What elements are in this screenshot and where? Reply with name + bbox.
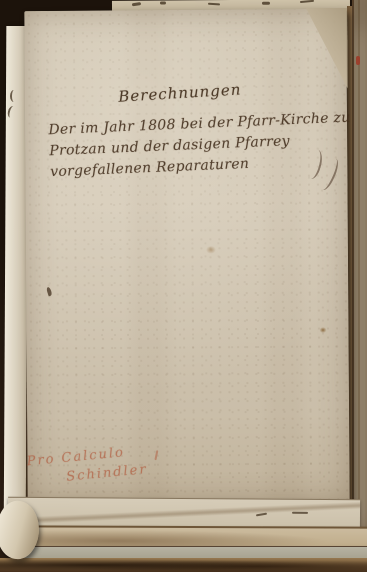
foxing-spot bbox=[206, 246, 216, 254]
illegible-ink-mark bbox=[10, 90, 18, 102]
cover-page: Berechnungen Der im Jahr 1808 bei der Pf… bbox=[24, 9, 349, 505]
red-ink-stroke bbox=[154, 450, 158, 460]
stacked-pages-right-edge bbox=[352, 0, 367, 572]
illegible-ink-mark bbox=[262, 2, 270, 5]
illegible-ink-mark bbox=[6, 105, 17, 119]
illegible-ink-mark bbox=[132, 2, 141, 6]
ink-fleck bbox=[46, 287, 53, 297]
manuscript-title: Berechnungen bbox=[75, 78, 286, 108]
foxing-spot bbox=[319, 327, 326, 333]
manuscript-photo: Berechnungen Der im Jahr 1808 bei der Pf… bbox=[0, 0, 367, 572]
illegible-ink-mark bbox=[292, 512, 308, 514]
bottom-binding-edge bbox=[0, 558, 367, 572]
red-paper-fleck bbox=[356, 56, 360, 65]
illegible-ink-mark bbox=[160, 1, 166, 4]
folded-corner bbox=[299, 8, 348, 94]
red-ink-inscription: Pro Calculo Schindler bbox=[26, 441, 149, 490]
illegible-ink-mark bbox=[300, 0, 314, 3]
illegible-ink-mark bbox=[208, 3, 220, 6]
illegible-ink-mark bbox=[256, 513, 267, 517]
